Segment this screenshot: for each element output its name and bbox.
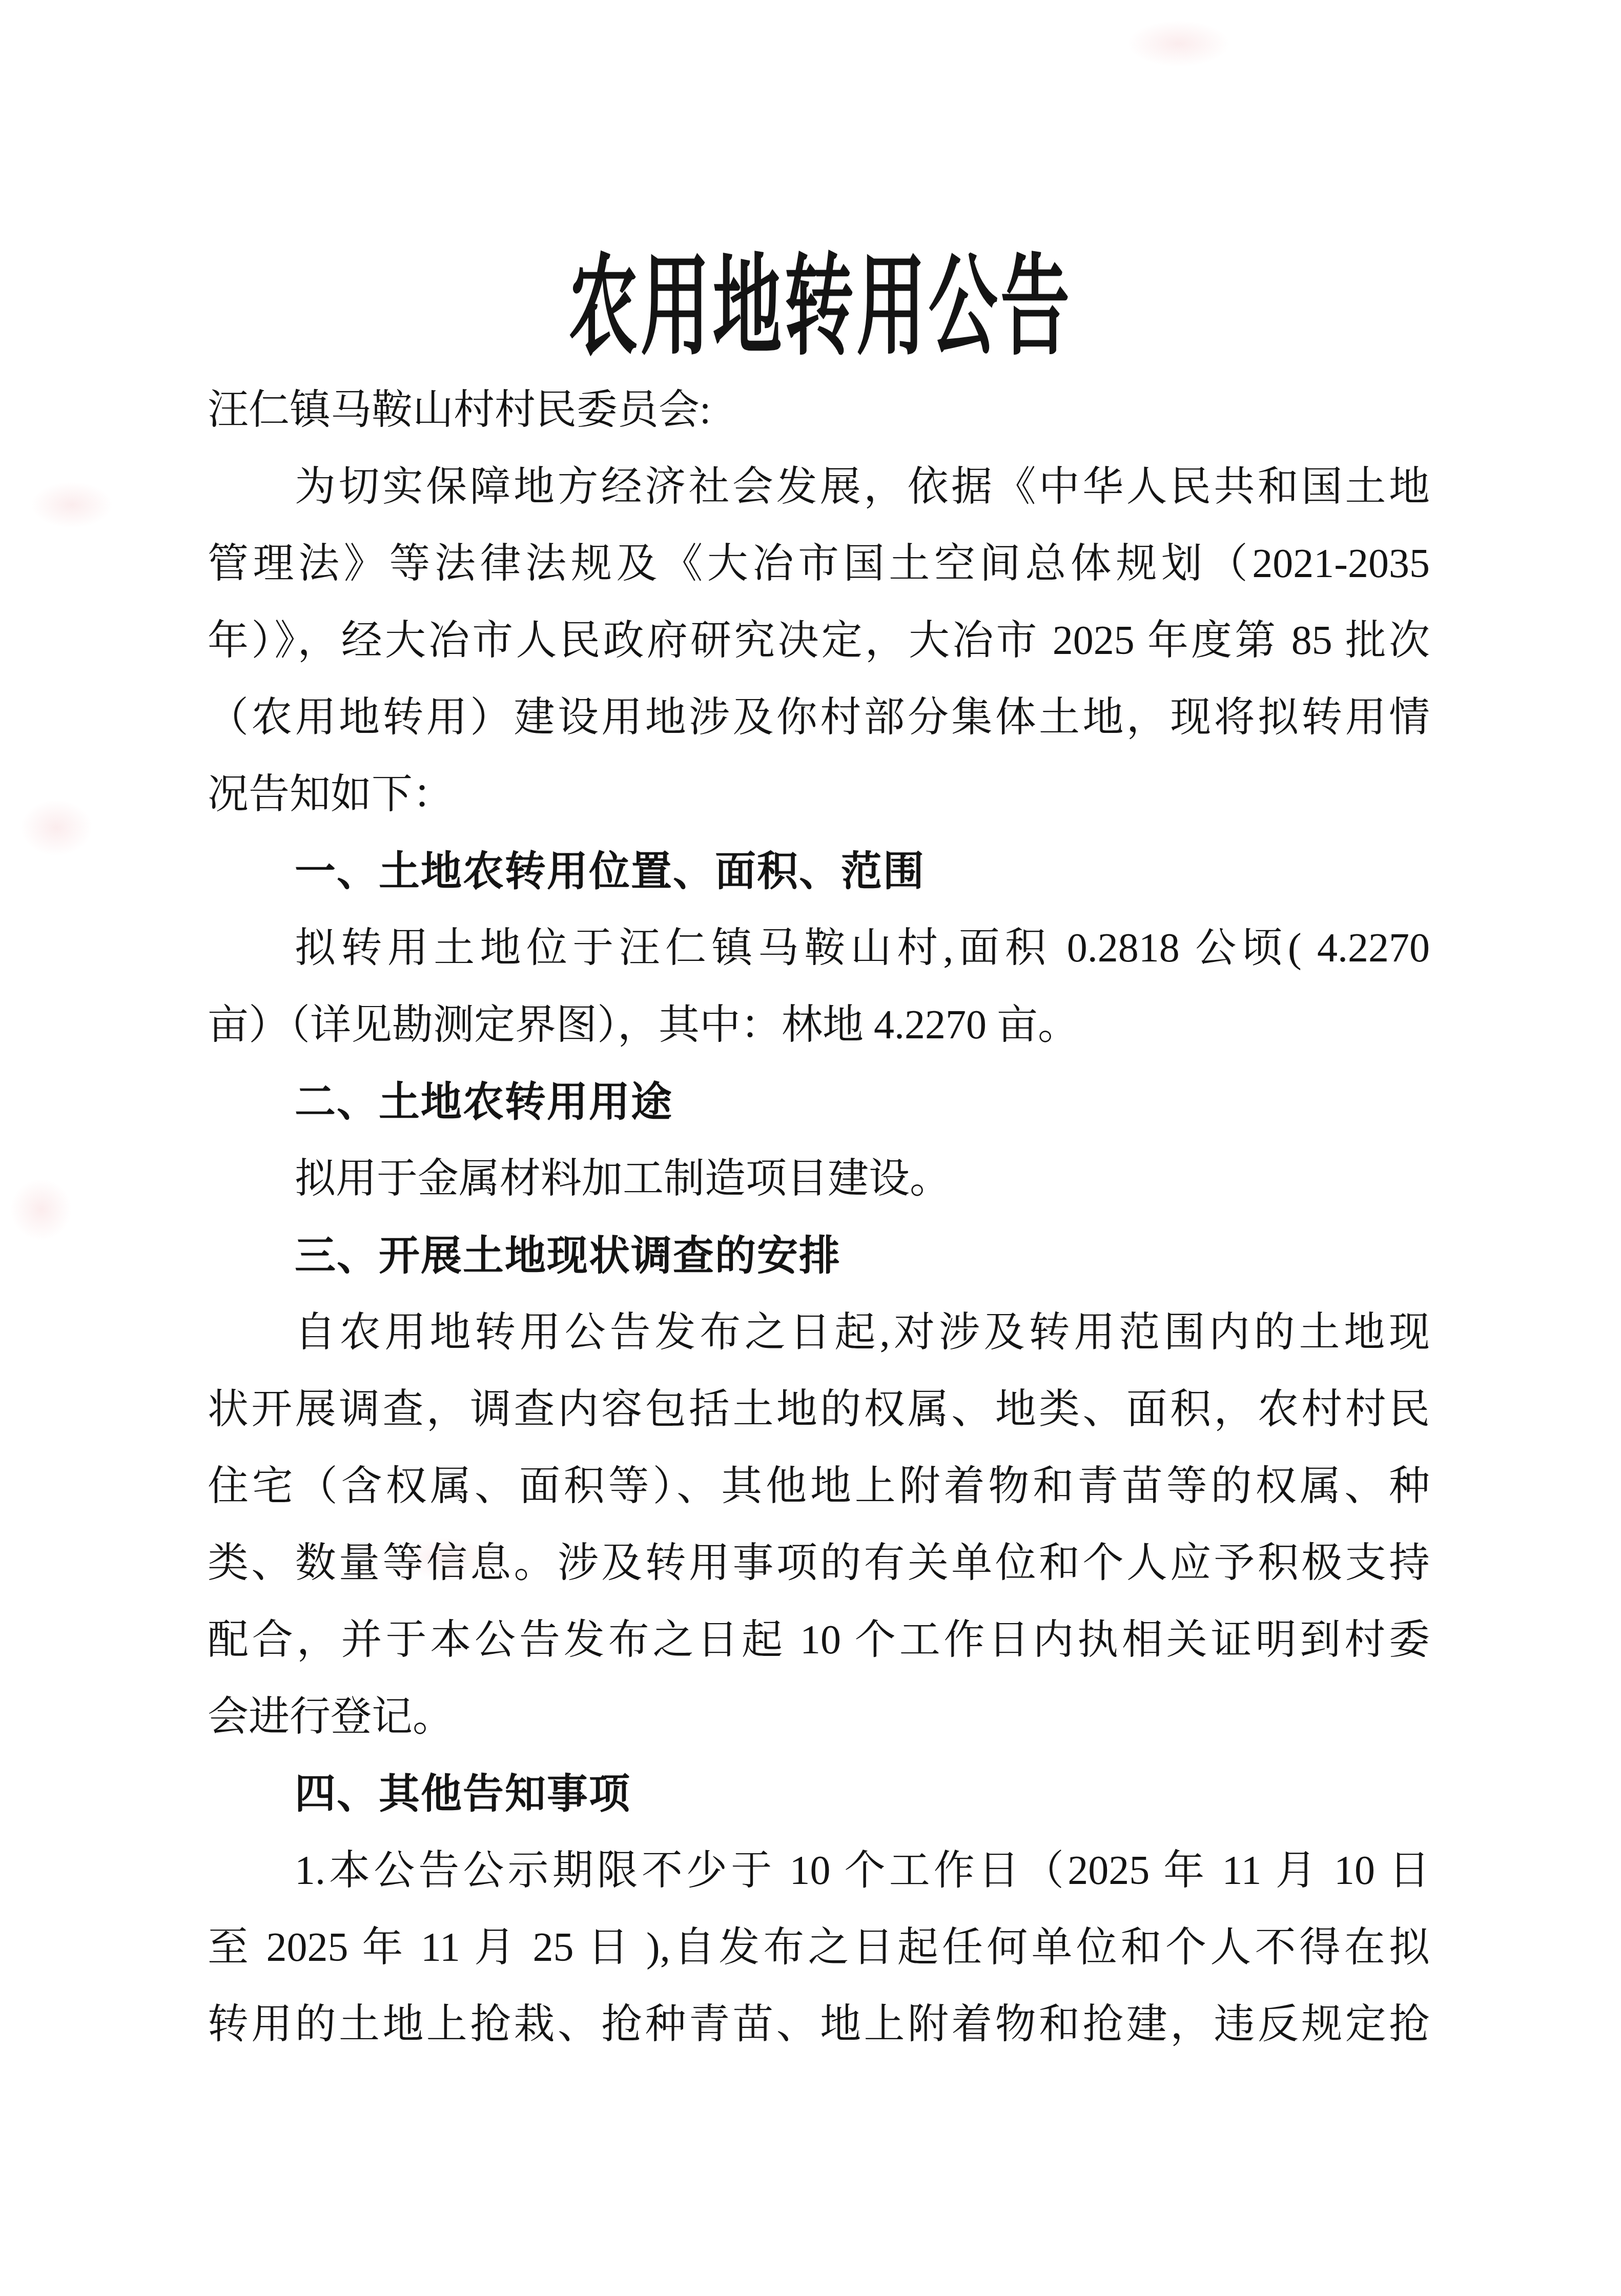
doc-line: 类、数量等信息。涉及转用事项的有关单位和个人应予积极支持 [208, 1525, 1430, 1602]
doc-line: 亩）（详见勘测定界图），其中：林地 4.2270 亩。 [208, 987, 1430, 1063]
scan-artifact [20, 799, 92, 856]
document-body: 汪仁镇马鞍山村村民委员会: 为切实保障地方经济社会发展，依据《中华人民共和国土地… [208, 372, 1430, 2063]
section-heading-3: 三、开展土地现状调查的安排 [208, 1217, 1430, 1294]
scan-artifact [1127, 20, 1230, 67]
doc-line: 配合，并于本公告发布之日起 10 个工作日内执相关证明到村委 [208, 1602, 1430, 1678]
section-heading-2: 二、土地农转用用途 [208, 1063, 1430, 1140]
doc-line: 拟用于金属材料加工制造项目建设。 [208, 1140, 1430, 1217]
doc-line: 拟转用土地位于汪仁镇马鞍山村,面积 0.2818 公顷( 4.2270 [208, 910, 1430, 987]
doc-line: 管理法》等法律法规及《大冶市国土空间总体规划（2021-2035 [208, 525, 1430, 602]
doc-line: 为切实保障地方经济社会发展，依据《中华人民共和国土地 [208, 448, 1430, 525]
document-page: 农用地转用公告 汪仁镇马鞍山村村民委员会: 为切实保障地方经济社会发展，依据《中… [0, 0, 1621, 2296]
doc-line: 转用的土地上抢栽、抢种青苗、地上附着物和抢建，违反规定抢 [208, 1986, 1430, 2063]
doc-line: 年）》，经大冶市人民政府研究决定，大冶市 2025 年度第 85 批次 [208, 602, 1430, 679]
doc-line: （农用地转用）建设用地涉及你村部分集体土地，现将拟转用情 [208, 679, 1430, 756]
doc-line: 自农用地转用公告发布之日起,对涉及转用范围内的土地现 [208, 1294, 1430, 1371]
page-title: 农用地转用公告 [0, 259, 1621, 356]
doc-line: 况告知如下： [208, 756, 1430, 833]
addressee-line: 汪仁镇马鞍山村村民委员会: [208, 372, 1430, 448]
doc-line: 住宅（含权属、面积等）、其他地上附着物和青苗等的权属、种 [208, 1448, 1430, 1525]
section-heading-1: 一、土地农转用位置、面积、范围 [208, 833, 1430, 910]
scan-artifact [10, 1179, 72, 1240]
doc-line: 1.本公告公示期限不少于 10 个工作日（2025 年 11 月 10 日 [208, 1832, 1430, 1909]
section-heading-4: 四、其他告知事项 [208, 1755, 1430, 1832]
doc-line: 状开展调查，调查内容包括土地的权属、地类、面积，农村村民 [208, 1371, 1430, 1448]
scan-artifact [31, 482, 113, 528]
page-title-text: 农用地转用公告 [569, 238, 1073, 377]
doc-line: 会进行登记。 [208, 1678, 1430, 1755]
doc-line: 至 2025 年 11 月 25 日 ),自发布之日起任何单位和个人不得在拟 [208, 1909, 1430, 1986]
